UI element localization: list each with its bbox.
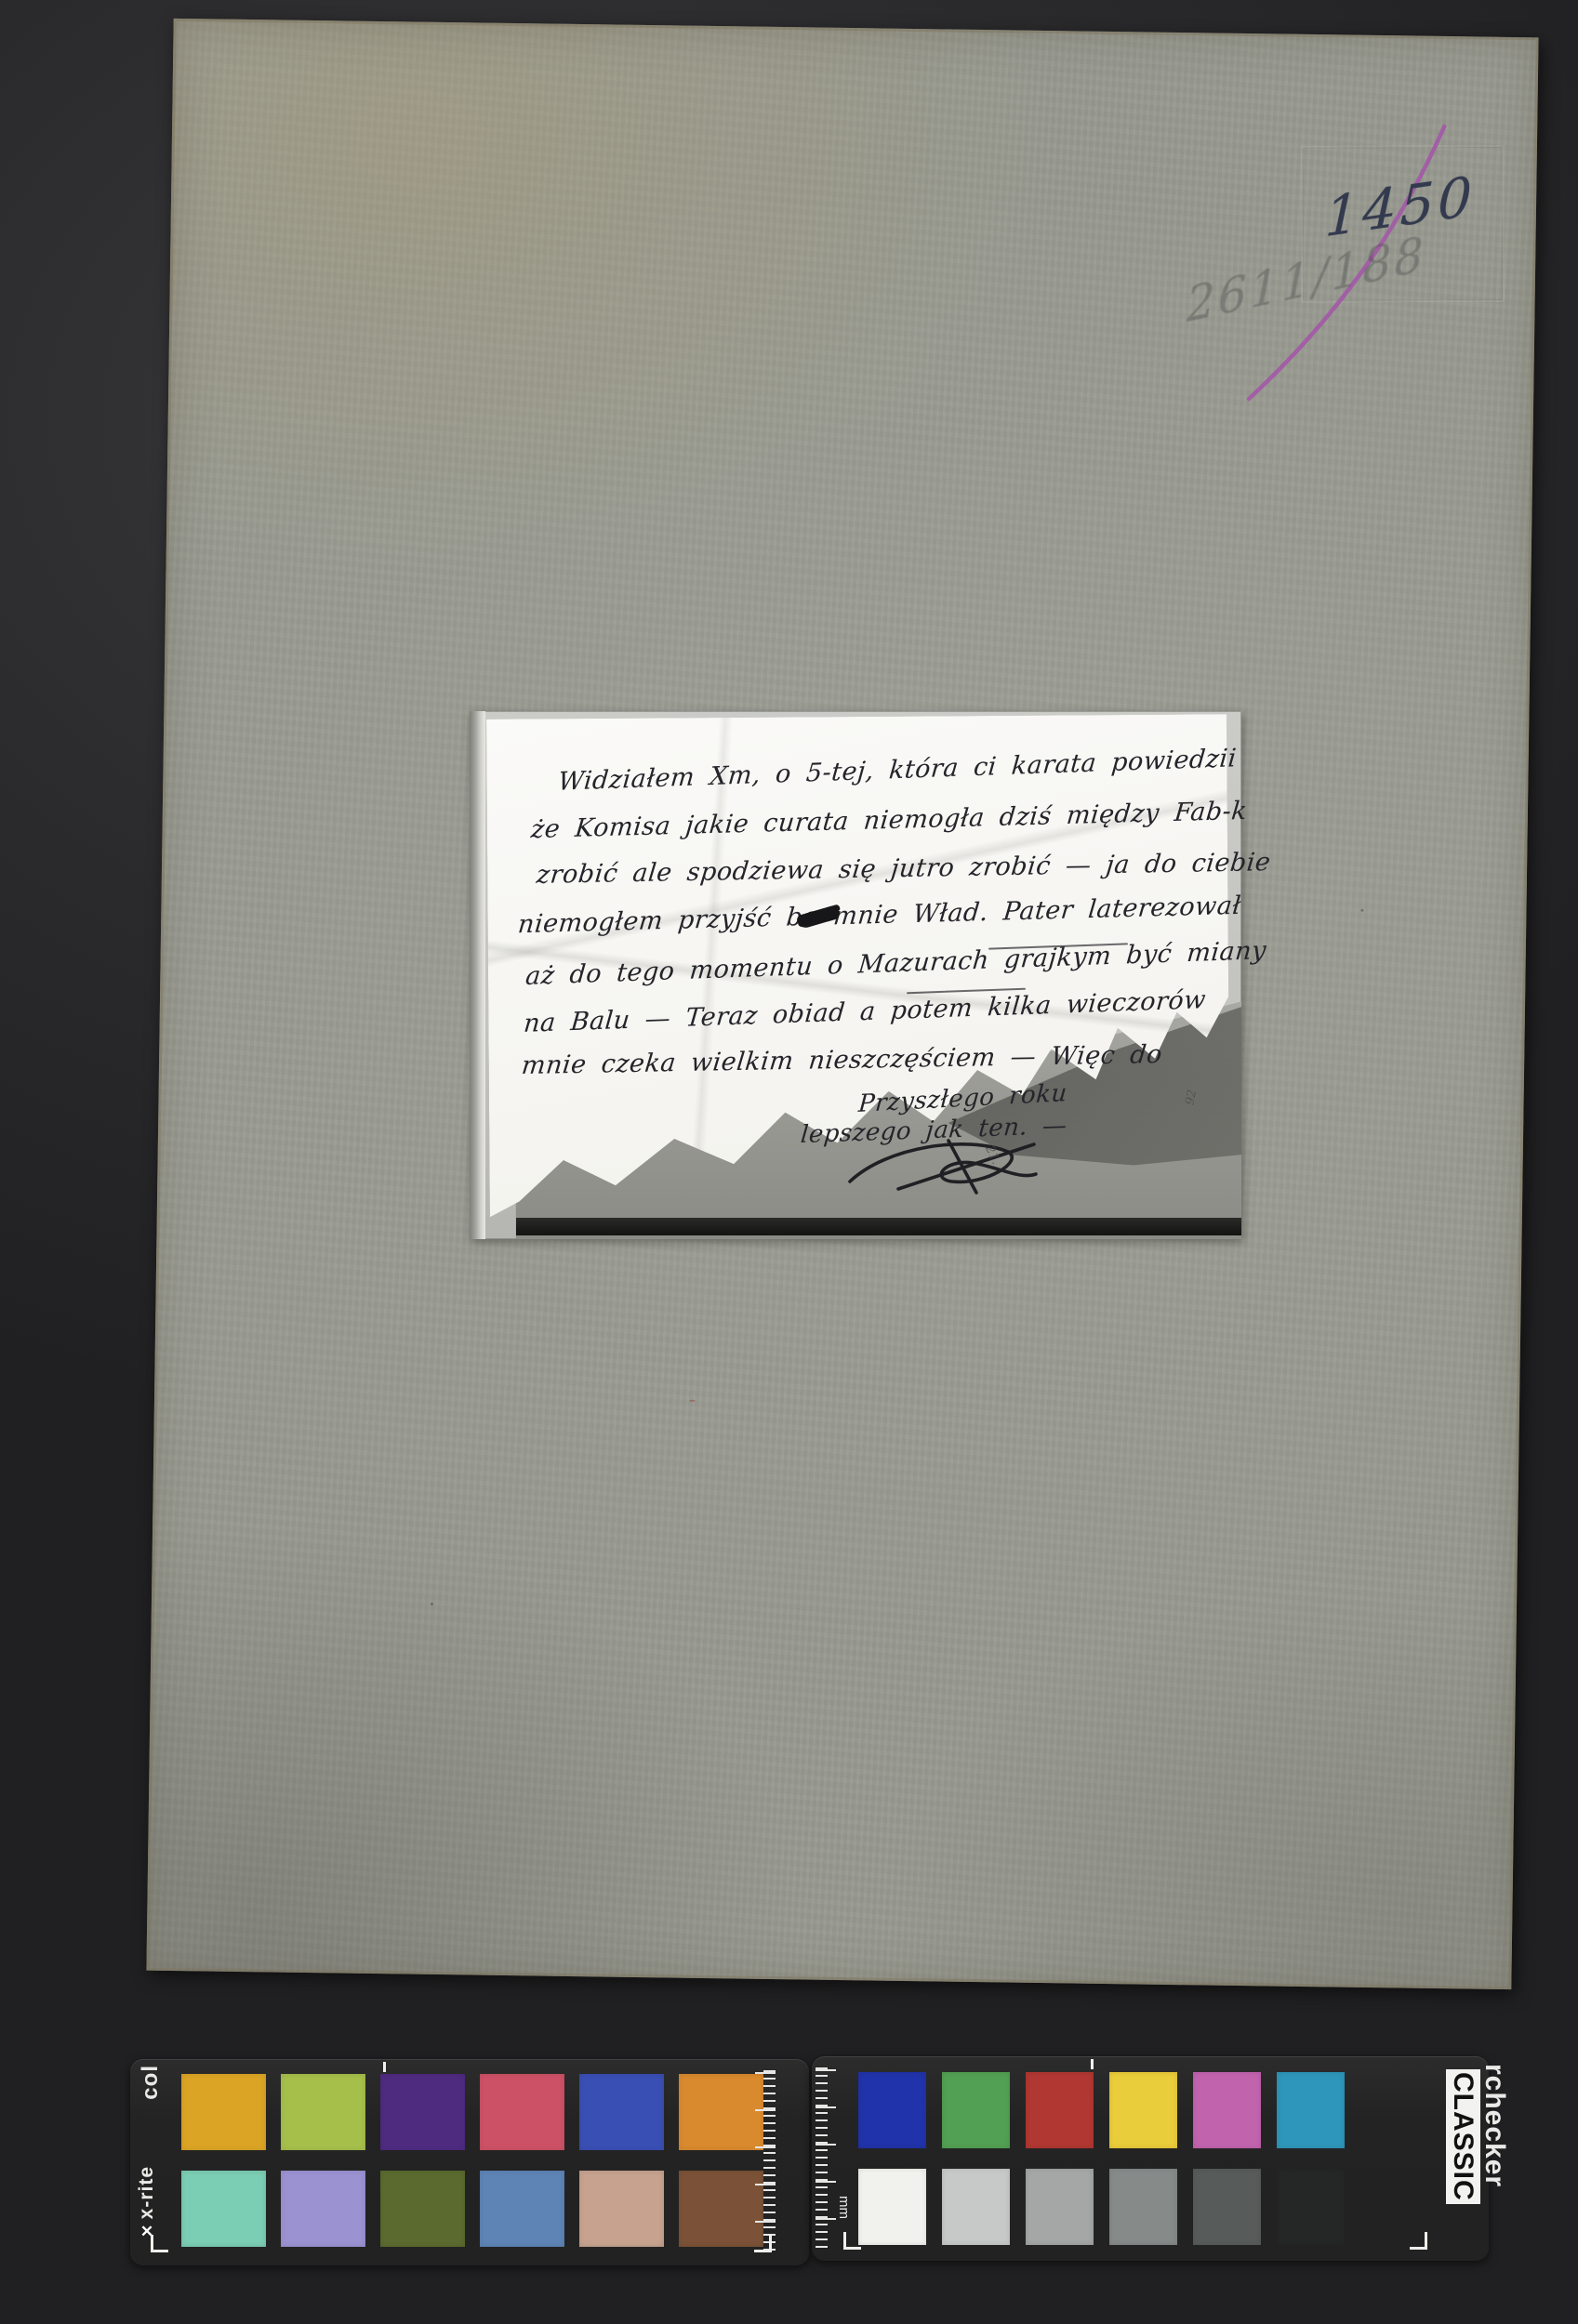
patch-blue [858,2072,926,2148]
patch-bluish-green [181,2171,266,2247]
corner-bracket [754,2235,772,2252]
patch-grid-left [181,2074,763,2247]
patch-dark-skin [679,2171,763,2247]
center-tick [1091,2059,1094,2069]
patch-black [1277,2169,1345,2245]
corner-bracket [1410,2232,1427,2250]
patch-orange-yellow [181,2074,266,2150]
archival-photograph: 1450 2611/188 Widziałem Xm, o 5-tej, któ… [0,0,1578,2324]
patch-yellow [1109,2072,1177,2148]
patch-purple [380,2074,465,2150]
signature-flourish [837,1128,1060,1209]
corner-bracket [151,2235,168,2252]
red-fiber [689,1400,696,1402]
patch-grid-right [858,2072,1345,2245]
xrite-brand-label: x-rite [136,2166,158,2219]
patch-moderate-red [480,2074,564,2150]
patch-neutral-5 [1109,2169,1177,2245]
patch-purplish-blue [579,2074,664,2150]
classic-label: CLASSIC [1446,2069,1480,2204]
center-tick [383,2062,386,2072]
paper-speck [431,1603,433,1605]
patch-green [942,2072,1010,2148]
edge-number: 92 [1183,1089,1200,1106]
brand-fragment-text: rchecker [1479,2064,1510,2187]
patch-foliage [380,2171,465,2247]
patch-white [858,2169,926,2245]
photo-bottom-edge [516,1218,1241,1235]
ruler-unit-label: mm [836,2196,852,2219]
patch-cyan [1277,2072,1345,2148]
patch-blue-flower [281,2171,365,2247]
patch-red [1026,2072,1094,2148]
colorchecker-right-card: mm rchecker CLASSIC [812,2056,1489,2261]
xrite-brand: x-rite ✕ [136,2166,158,2241]
patch-blue-sky [480,2171,564,2247]
patch-yellow-green [281,2074,365,2150]
corner-bracket [843,2232,861,2250]
letter-photograph: Widziałem Xm, o 5-tej, która ci karata p… [470,711,1241,1239]
photo-left-edge [470,711,485,1239]
patch-neutral-8 [942,2169,1010,2245]
colorchecker-brand-fragment: rchecker CLASSIC [1447,2064,1510,2261]
patch-neutral-6-5 [1026,2169,1094,2245]
patch-light-skin [579,2171,664,2247]
colorchecker-brand-fragment: col [138,2065,164,2100]
paper-speck [1360,909,1363,912]
patch-orange [679,2074,763,2150]
patch-neutral-3-5 [1193,2169,1261,2245]
colorchecker-left-card: col x-rite ✕ [130,2059,809,2265]
patch-magenta [1193,2072,1261,2148]
